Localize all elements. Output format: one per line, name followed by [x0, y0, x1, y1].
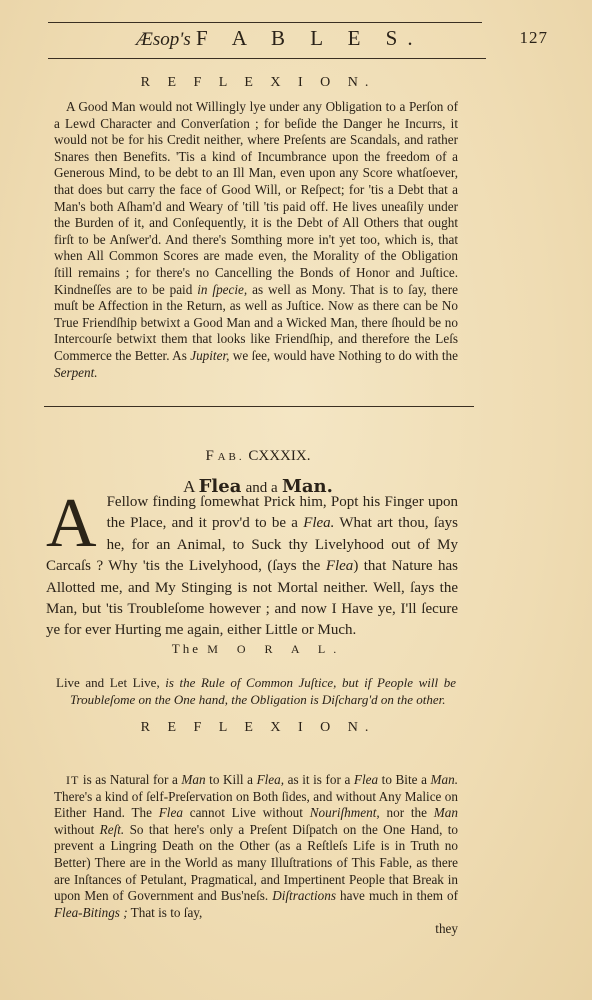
header-author: Æsop's: [136, 29, 191, 50]
moral-text: Live and Let Live, is the Rule of Common…: [56, 675, 456, 708]
header-title: Æsop's F A B L E S.: [136, 26, 423, 51]
catchword: they: [54, 921, 458, 938]
section-divider: [44, 406, 474, 407]
header-bottom-rule: [48, 58, 486, 59]
header-fables: F A B L E S.: [196, 26, 423, 50]
header-top-rule: [48, 22, 482, 23]
running-header: Æsop's F A B L E S. 127: [48, 26, 548, 58]
reflexion-heading-1: R E F L E X I O N.: [0, 75, 554, 91]
page-number: 127: [520, 28, 549, 48]
drop-cap: A: [46, 496, 97, 552]
fable-story-text: Fellow finding ſomewhat Prick him, Popt …: [46, 494, 458, 638]
book-page: Æsop's F A B L E S. 127 R E F L E X I O …: [0, 0, 592, 1000]
fable-number: F AB. CXXXIX.: [0, 448, 554, 465]
reflexion-body-1: A Good Man would not Willingly lye under…: [54, 99, 458, 381]
reflexion-heading-2: R E F L E X I O N.: [0, 720, 554, 736]
reflexion-body-2: IT is as Natural for a Man to Kill a Fle…: [54, 772, 458, 938]
moral-heading: The M O R A L.: [0, 641, 554, 657]
fable-story: A Fellow finding ſomewhat Prick him, Pop…: [46, 492, 458, 642]
reflexion-text-1: A Good Man would not Willingly lye under…: [54, 99, 458, 381]
